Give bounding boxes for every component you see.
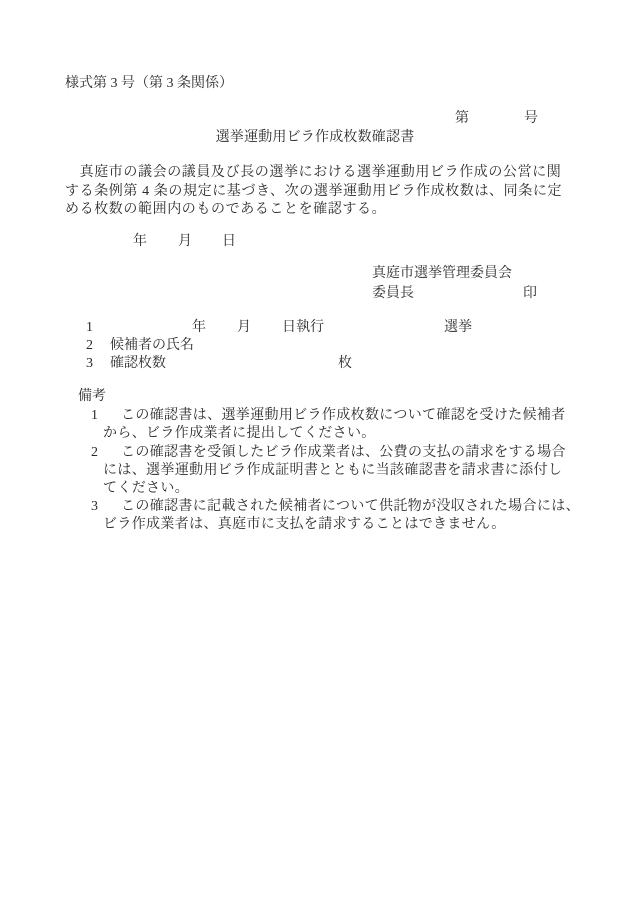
body-paragraph-line-2: する条例第 4 条の規定に基づき、次の選挙運動用ビラ作成枚数は、同条に定 (65, 183, 562, 202)
item-1-number: 1 (86, 319, 93, 338)
remarks-note-2-line-3: てください。 (103, 480, 189, 499)
item-1-election-label: 選挙 (444, 319, 472, 338)
remarks-note-2-number: 2 (91, 444, 98, 463)
issuer-role-label: 委員長 (372, 285, 414, 304)
doc-number-suffix: 号 (524, 110, 538, 129)
remarks-note-1-line-2: から、ビラ作成業者に提出してください。 (103, 425, 376, 444)
date-month-label: 月 (178, 233, 192, 252)
remarks-note-1-line-1: この確認書は、選挙運動用ビラ作成枚数について確認を受けた候補者 (121, 407, 566, 426)
item-2-number: 2 (86, 337, 93, 356)
item-3-number: 3 (86, 355, 93, 374)
issuer-organization: 真庭市選挙管理委員会 (372, 265, 512, 284)
item-1-day-exec-label: 日執行 (282, 319, 324, 338)
seal-mark: 印 (523, 285, 537, 304)
remarks-note-3-number: 3 (91, 498, 98, 517)
date-day-label: 日 (222, 233, 236, 252)
item-2-label: 候補者の氏名 (110, 337, 194, 356)
doc-number-prefix: 第 (455, 110, 469, 129)
remarks-note-3-line-1: この確認書に記載された候補者について供託物が没収された場合には、 (121, 498, 580, 517)
date-year-label: 年 (133, 233, 147, 252)
remarks-note-2-line-1: この確認書を受領したビラ作成業者は、公費の支払の請求をする場合 (121, 444, 566, 463)
document-title: 選挙運動用ビラ作成枚数確認書 (0, 129, 630, 148)
body-paragraph-line-1: 真庭市の議会の議員及び長の選挙における選挙運動用ビラ作成の公営に関 (65, 164, 561, 183)
remarks-note-1-number: 1 (91, 407, 98, 426)
remarks-note-2-line-2: には、選挙運動用ビラ作成証明書とともに当該確認書を請求書に添付し (103, 462, 562, 481)
document-page: 様式第 3 号（第 3 条関係） 第 号 選挙運動用ビラ作成枚数確認書 真庭市の… (0, 0, 630, 903)
item-3-label: 確認枚数 (110, 355, 166, 374)
item-1-year-label: 年 (192, 319, 206, 338)
item-1-month-label: 月 (237, 319, 251, 338)
item-3-unit-label: 枚 (338, 355, 352, 374)
form-number-label: 様式第 3 号（第 3 条関係） (65, 75, 233, 94)
remarks-heading: 備考 (78, 388, 106, 407)
remarks-note-3-line-2: ビラ作成業者は、真庭市に支払を請求することはできません。 (103, 516, 506, 535)
body-paragraph-line-3: める枚数の範囲内のものであることを確認する。 (65, 201, 386, 220)
